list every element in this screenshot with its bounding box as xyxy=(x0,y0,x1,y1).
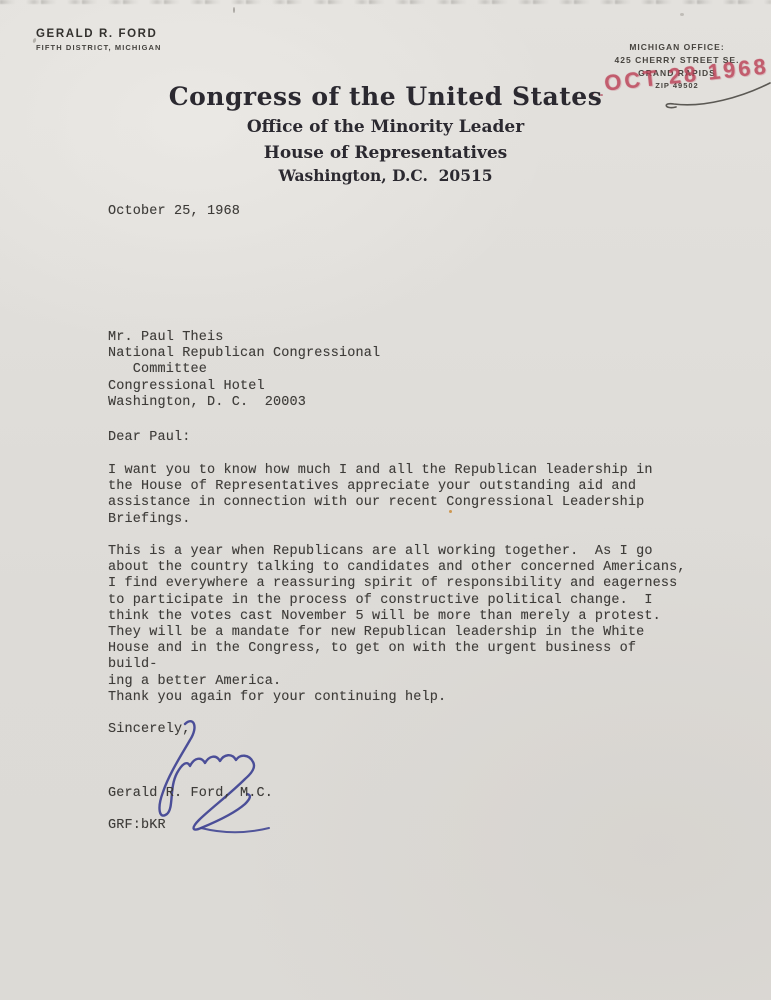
paper-speck xyxy=(449,510,452,513)
member-name: GERALD R. FORD xyxy=(36,28,162,40)
recipient-address-block: Mr. Paul Theis National Republican Congr… xyxy=(108,330,688,411)
member-district: FIFTH DISTRICT, MICHIGAN xyxy=(36,43,162,52)
letter-document: GERALD R. FORD FIFTH DISTRICT, MICHIGAN … xyxy=(0,0,771,1000)
letterhead-subtitle-house: House of Representatives xyxy=(0,143,771,163)
typist-reference: GRF:bKR xyxy=(108,818,688,834)
letterhead-subtitle-office: Office of the Minority Leader xyxy=(0,117,771,137)
letterhead-member-block: GERALD R. FORD FIFTH DISTRICT, MICHIGAN xyxy=(36,28,162,52)
letter-date: October 25, 1968 xyxy=(108,204,688,220)
scan-edge-artifact xyxy=(0,0,771,4)
office-line-1: MICHIGAN OFFICE: xyxy=(597,41,757,54)
salutation: Dear Paul: xyxy=(108,430,688,446)
letterhead-title: Congress of the United States xyxy=(0,82,771,111)
body-paragraph-3: Thank you again for your continuing help… xyxy=(108,690,688,706)
letterhead-address: Washington, D.C. 20515 xyxy=(0,166,771,185)
signature-stroke-main xyxy=(160,721,254,829)
body-paragraph-2: This is a year when Republicans are all … xyxy=(108,544,688,690)
paper-speck xyxy=(233,7,235,13)
body-paragraph-1: I want you to know how much I and all th… xyxy=(108,463,688,528)
signed-name: Gerald R. Ford, M.C. xyxy=(108,786,688,802)
paper-speck xyxy=(680,13,684,16)
